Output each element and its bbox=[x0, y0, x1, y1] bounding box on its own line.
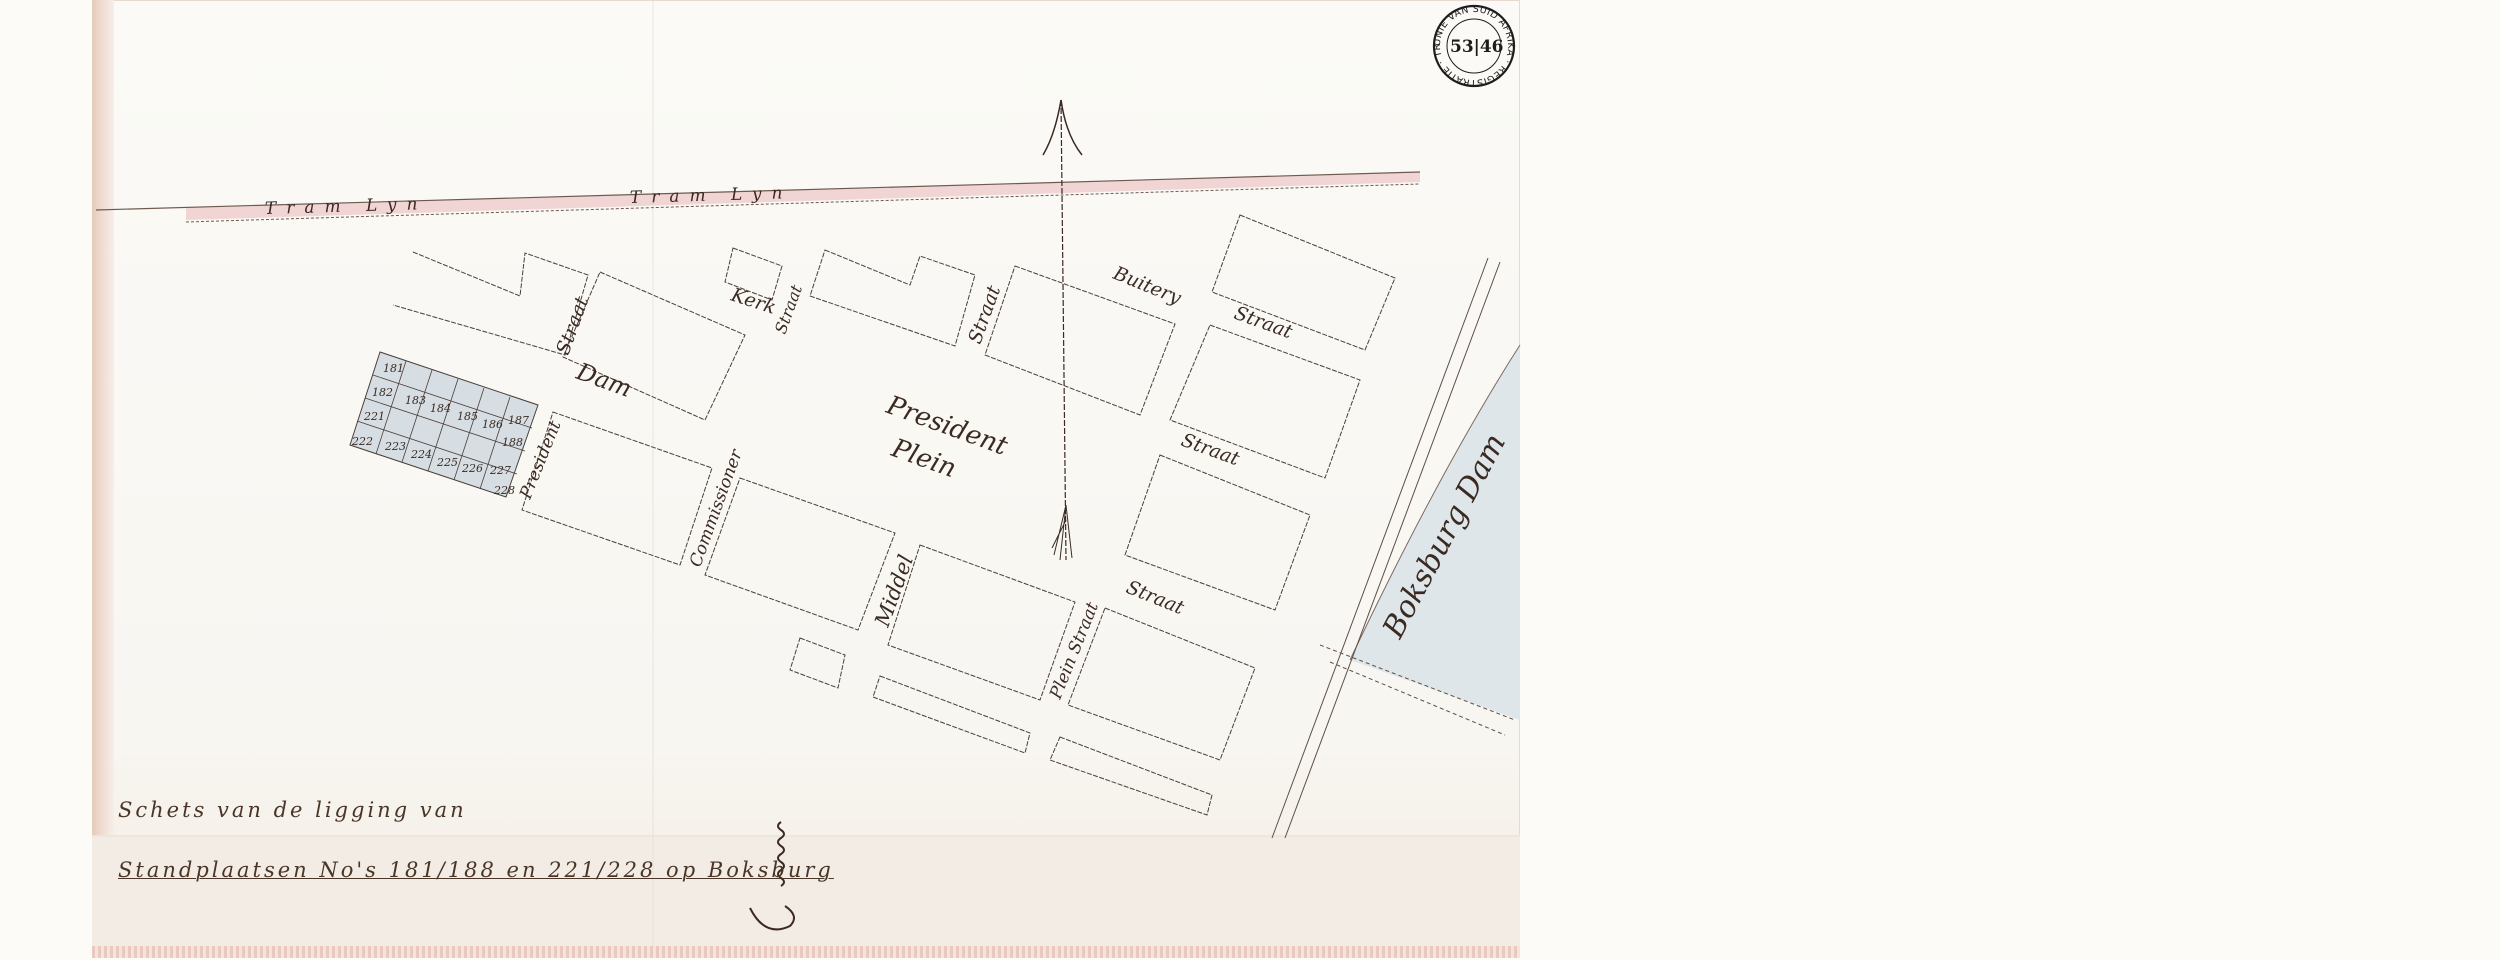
north-arrow-icon bbox=[1043, 100, 1082, 560]
erf-label: 221 bbox=[363, 410, 385, 423]
erf-label: 181 bbox=[383, 362, 404, 375]
stamp-outer-text: UNIE VAN SUID AFRIKA · REGISTRATIE · TRA… bbox=[0, 0, 1516, 88]
street-label-buitery: Buitery bbox=[1109, 262, 1184, 309]
erf-label: 187 bbox=[508, 414, 529, 427]
erf-label: 228 bbox=[493, 484, 515, 497]
tramline: Tram Lyn Tram Lyn bbox=[96, 172, 1420, 222]
street-label-dam: Dam bbox=[572, 357, 635, 403]
street-labels: Straat Kerk Straat Straat Buitery Straat… bbox=[516, 262, 1296, 703]
registry-stamp: UNIE VAN SUID AFRIKA · REGISTRATIE · TRA… bbox=[0, 0, 1516, 88]
erf-label: 188 bbox=[502, 436, 523, 449]
erf-label: 185 bbox=[457, 410, 478, 423]
erf-label: 223 bbox=[384, 440, 406, 453]
erf-label: 183 bbox=[405, 394, 426, 407]
erf-label: 225 bbox=[436, 456, 458, 469]
erf-label: 226 bbox=[461, 462, 483, 475]
erf-label: 182 bbox=[372, 386, 393, 399]
caption-line-1: Schets van de ligging van bbox=[118, 798, 467, 822]
erven-grid: 181 182 183 184 185 186 187 221 188 222 … bbox=[350, 352, 538, 497]
street-label: Straat bbox=[1123, 576, 1187, 619]
erf-label: 224 bbox=[410, 448, 432, 461]
street-label-commissioner: Commissioner bbox=[686, 446, 747, 569]
street-label-middel: Middel bbox=[870, 552, 918, 631]
street-label: Straat bbox=[1231, 302, 1295, 343]
erf-label: 184 bbox=[430, 402, 451, 415]
stamp-number: 53|46 bbox=[1450, 37, 1504, 57]
street-label: Straat bbox=[552, 293, 593, 357]
erf-label: 186 bbox=[482, 418, 503, 431]
erf-label: 222 bbox=[351, 435, 373, 448]
street-label: Straat bbox=[771, 282, 806, 337]
erf-label: 227 bbox=[489, 464, 511, 477]
street-label-kerk: Kerk bbox=[728, 284, 779, 319]
caption-line-2: Standplaatsen No's 181/188 en 221/228 op… bbox=[118, 858, 834, 882]
